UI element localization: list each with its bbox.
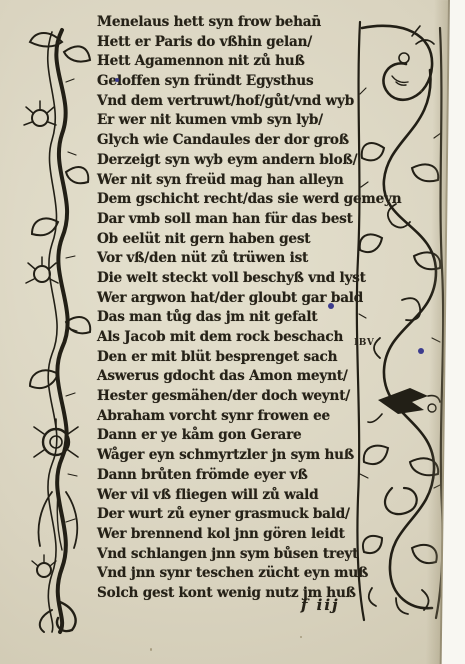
poem-line: Hett er Paris do vßhin gelan/ [97,33,355,53]
woodcut-monogram: IBV [354,338,374,348]
poem-line: Das man tůg das jm nit gefalt [97,308,355,328]
poem-line: Wåger eyn schmyrtzler jn sym huß [97,446,355,466]
poem-text: Menelaus hett syn frow behan̄Hett er Par… [97,13,355,604]
left-woodcut-border [22,22,96,636]
poem-line: Wer vil vß fliegen will zů wald [97,486,355,506]
poem-line: Er wer nit kumen vmb syn lyb/ [97,111,355,131]
poem-line: Dann er ye kåm gon Gerare [97,426,355,446]
poem-line: Dann brůten frömde eyer vß [97,466,355,486]
blue-ink-dot [328,303,334,309]
poem-line: Wer brennend kol jnn gören leidt [97,525,355,545]
poem-line: Vnd dem vertruwt/hof/gůt/vnd wyb [97,92,355,112]
poem-line: Die welt steckt voll beschyß vnd lyst [97,269,355,289]
poem-line: Derzeigt syn wyb eym andern bloß/ [97,151,355,171]
poem-line: Vnd schlangen jnn sym bůsen treyt [97,545,355,565]
signature-mark: f iij [301,596,340,614]
poem-line: Ob eelüt nit gern haben gest [97,230,355,250]
poem-line: Als Jacob mit dem rock beschach [97,328,355,348]
poem-line: Vor vß/den nüt zů trüwen ist [97,249,355,269]
paper-speck [250,120,252,122]
poem-line: Wer nit syn freüd mag han alleyn [97,171,355,191]
book-page-photo: IBV Menelaus hett syn frow behan̄Hett er… [0,0,465,664]
blue-ink-dot [418,348,424,354]
poem-line: Vnd jnn synr teschen zücht eyn muß [97,564,355,584]
poem-line: Aswerus gdocht das Amon meynt/ [97,367,355,387]
poem-line: Wer argwon hat/der gloubt gar bald [97,289,355,309]
poem-line: Dem gschicht recht/das sie werd gemeyn [97,190,355,210]
poem-line: Hester gesmähen/der doch weynt/ [97,387,355,407]
paper-speck [300,636,302,638]
poem-line: Hett Agamennon nit zů huß [97,52,355,72]
poem-line: Abraham vorcht synr frowen ee [97,407,355,427]
poem-line: Den er mit blüt besprenget sach [97,348,355,368]
poem-line: Menelaus hett syn frow behan̄ [97,13,355,33]
poem-line: Geloffen syn fründt Egysthus [97,72,355,92]
blue-ink-dot [115,78,119,82]
poem-line: Glych wie Candaules der dor groß [97,131,355,151]
paper-speck [420,90,422,92]
poem-line: Der wurt zů eyner grasmuck bald/ [97,505,355,525]
poem-line: Dar vmb soll man han für das best [97,210,355,230]
paper-speck [150,648,152,651]
